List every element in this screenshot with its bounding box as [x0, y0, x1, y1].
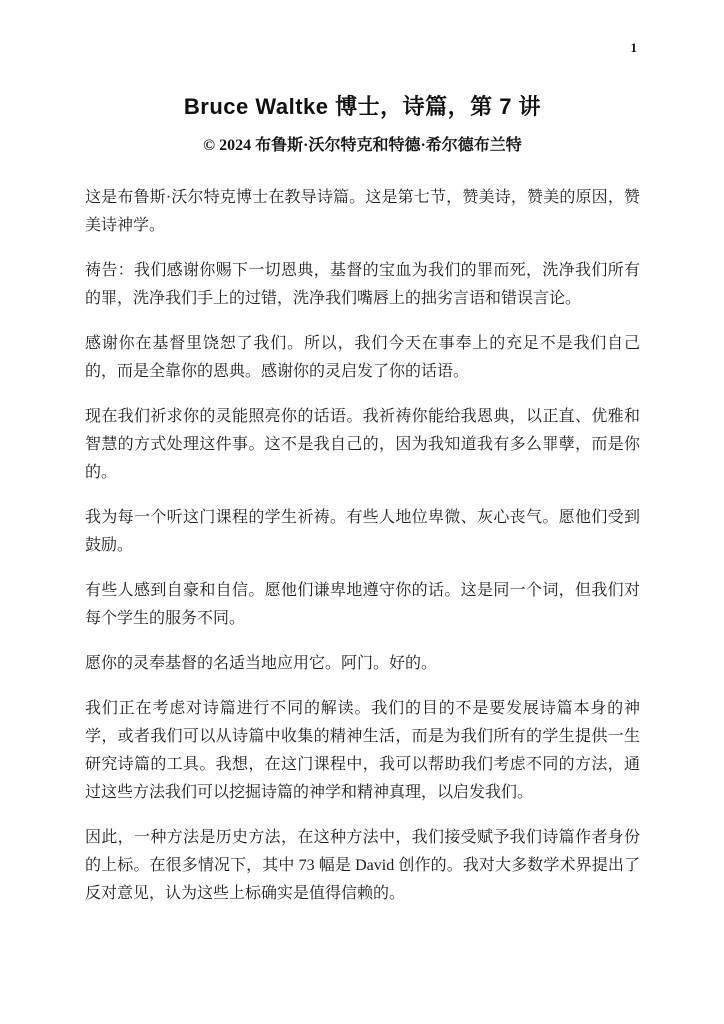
paragraph-prayer-3: 现在我们祈求你的灵能照亮你的话语。我祈祷你能给我恩典，以正直、优雅和智慧的方式处…: [85, 403, 640, 487]
paragraph-methods: 我们正在考虑对诗篇进行不同的解读。我们的目的不是要发展诗篇本身的神学，或者我们可…: [85, 695, 640, 807]
paragraph-prayer-1: 祷告：我们感谢你赐下一切恩典，基督的宝血为我们的罪而死，洗净我们所有的罪，洗净我…: [85, 257, 640, 313]
paragraph-prayer-6: 愿你的灵奉基督的名适当地应用它。阿门。好的。: [85, 650, 640, 678]
copyright-line: © 2024 布鲁斯·沃尔特克和特德·希尔德布兰特: [85, 135, 640, 157]
document-body: 这是布鲁斯·沃尔特克博士在教导诗篇。这是第七节，赞美诗，赞美的原因，赞美诗神学。…: [85, 184, 640, 908]
document-title: Bruce Waltke 博士，诗篇，第 7 讲: [85, 92, 640, 122]
paragraph-prayer-4: 我为每一个听这门课程的学生祈祷。有些人地位卑微、灰心丧气。愿他们受到鼓励。: [85, 504, 640, 560]
page-number: 1: [631, 40, 638, 56]
document-page: 1 Bruce Waltke 博士，诗篇，第 7 讲 © 2024 布鲁斯·沃尔…: [0, 0, 724, 1024]
paragraph-intro: 这是布鲁斯·沃尔特克博士在教导诗篇。这是第七节，赞美诗，赞美的原因，赞美诗神学。: [85, 184, 640, 240]
paragraph-historical-method: 因此，一种方法是历史方法，在这种方法中，我们接受赋予我们诗篇作者身份的上标。在很…: [85, 824, 640, 908]
paragraph-prayer-5: 有些人感到自豪和自信。愿他们谦卑地遵守你的话。这是同一个词，但我们对每个学生的服…: [85, 577, 640, 633]
paragraph-prayer-2: 感谢你在基督里饶恕了我们。所以，我们今天在事奉上的充足不是我们自己的，而是全靠你…: [85, 330, 640, 386]
